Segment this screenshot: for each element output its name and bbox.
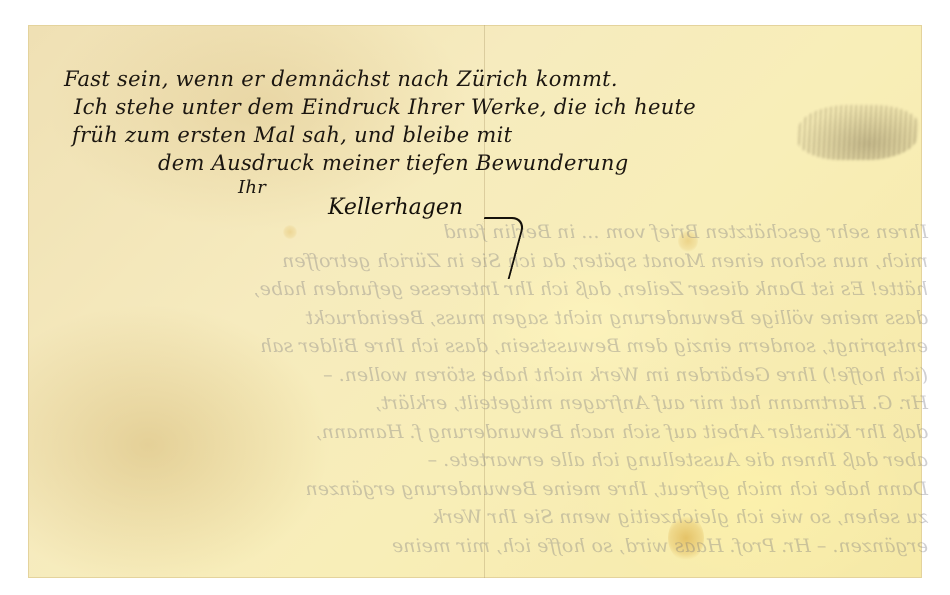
ink-smudge: [794, 105, 922, 160]
letter-line-3: früh zum ersten Mal sah, und bleibe mit: [72, 123, 512, 147]
letter-line-1: Fast sein, wenn er demnächst nach Zürich…: [64, 67, 618, 91]
letter-paper: Ihren sehr geschätzten Brief vom ... in …: [28, 25, 922, 578]
signature: Kellerhagen: [328, 195, 463, 220]
letter-line-4: dem Ausdruck meiner tiefen Bewunderung: [158, 151, 629, 175]
letter-line-2: Ich stehe unter dem Eindruck Ihrer Werke…: [74, 95, 696, 119]
closing: Ihr: [238, 177, 266, 198]
bleed-through-text: Ihren sehr geschätzten Brief vom ... in …: [128, 218, 928, 560]
